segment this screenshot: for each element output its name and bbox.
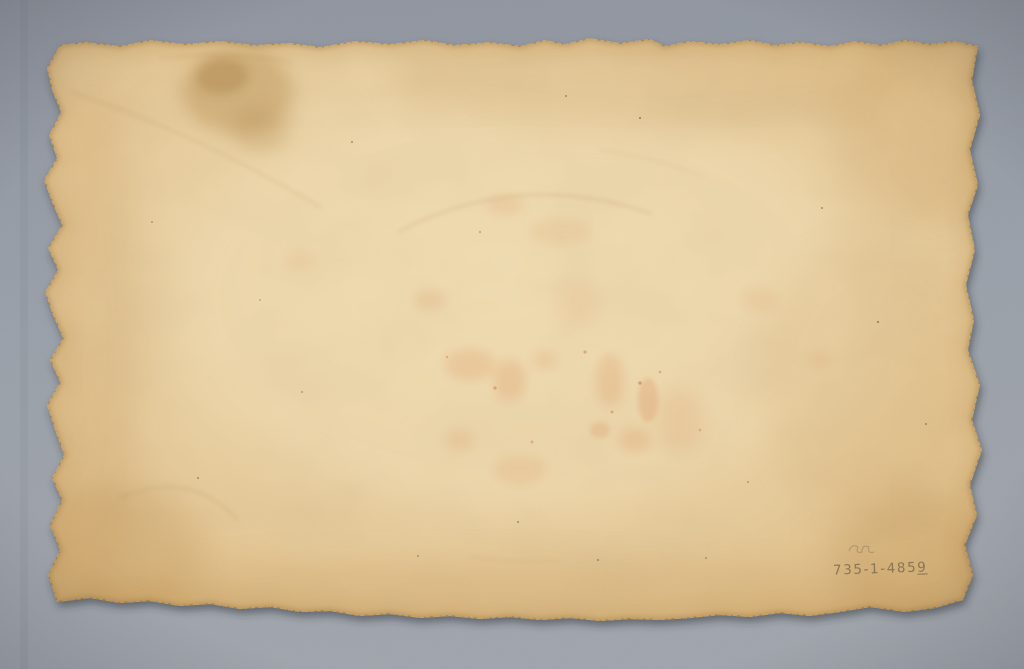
photo-of-paper-sheet: 735-1-4859 xyxy=(0,0,1024,669)
inscription-accession-number: 735-1-4859 xyxy=(833,559,928,578)
inscription-prefix: 735-1-485 xyxy=(833,560,918,579)
inscription-last-digit: 9 xyxy=(917,559,928,575)
